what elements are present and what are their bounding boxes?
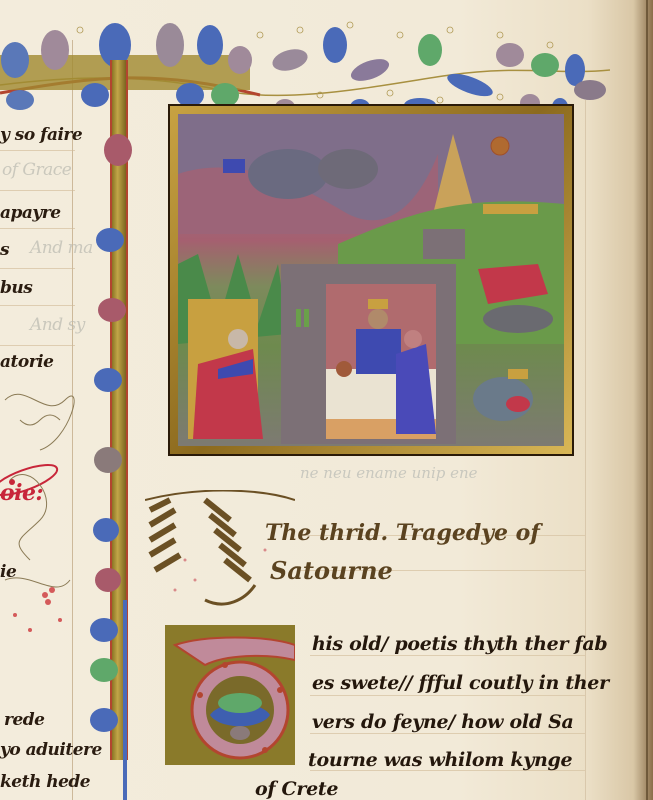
ruling-line [0,305,75,306]
ruling-line [310,695,585,696]
ruling-line [0,228,75,229]
ruling-line [310,733,585,734]
page-gutter [646,0,648,800]
left-text-line: s [0,240,9,260]
body-text-line: his old/ poetis thyth ther fab [312,633,607,655]
body-text-line: vers do feyne/ how old Sa [312,711,574,733]
show-through-text: ne neu ename unip ene [300,464,478,482]
miniature-painting [178,114,564,446]
ruling-line [0,268,75,269]
cadel-initial-icon [145,490,295,610]
top-border-decoration [0,15,610,110]
heading-line-1: The thrid. Tragedye of [265,520,540,546]
body-text-line: tourne was whilom kynge [308,749,572,771]
illuminated-initial-T-icon [165,625,295,765]
left-text-line: rede [4,710,44,730]
left-text-line: y so faire [0,125,82,145]
manuscript-page: of Grace And ma And sy ne neu ename unip… [0,0,653,800]
ruling-line [0,150,75,151]
body-text-line: of Crete [255,778,338,800]
show-through-text: of Grace [2,160,71,180]
heading-line-2: Satourne [270,556,393,585]
miniature-scene [178,114,564,446]
show-through-text: And sy [30,315,85,335]
left-text-line: keth hede [0,772,90,792]
ruling-line [0,345,75,346]
miniature-frame [168,104,574,456]
ruling-line [0,190,75,191]
ruling-margin [585,100,586,800]
left-text-line: bus [0,278,32,298]
penwork-flourish-icon [0,380,80,660]
left-text-line: apayre [0,203,61,223]
body-text-line: es swete// ffful coutly in ther [312,672,609,694]
border-leaves-decoration [80,100,150,800]
left-text-line: atorie [0,352,53,372]
ruling-line [310,655,585,656]
